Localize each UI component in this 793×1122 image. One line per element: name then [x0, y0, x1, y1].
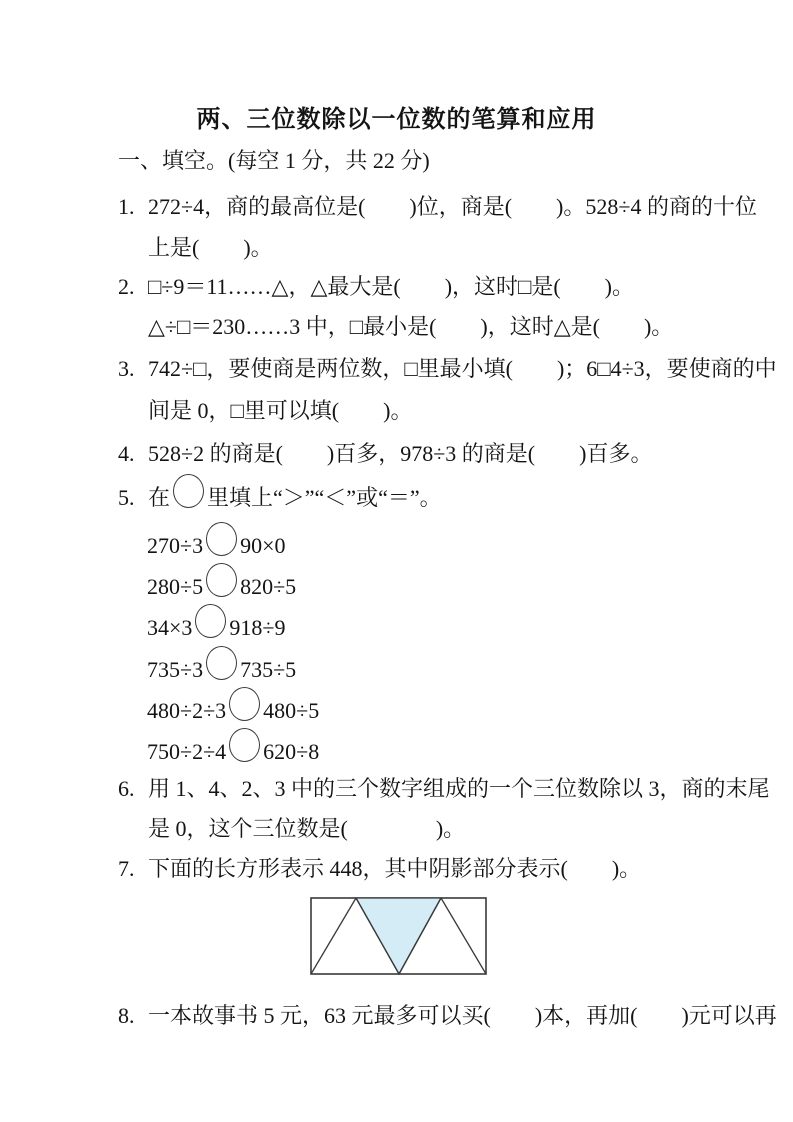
- question-2-line-1: 2.□÷9＝11……△，△最大是( )，这时□是( )。: [118, 274, 634, 300]
- question-6-text: 用 1、4、2、3 中的三个数字组成的一个三位数除以 3，商的末尾: [148, 776, 770, 801]
- comparison-right: 820÷5: [240, 574, 296, 599]
- blank-circle-icon: [229, 687, 260, 721]
- comparison-row: 735÷3735÷5: [147, 655, 296, 689]
- comparison-row: 480÷2÷3480÷5: [147, 696, 319, 730]
- comparison-right: 735÷5: [240, 657, 296, 682]
- question-3-number: 3.: [118, 356, 148, 382]
- question-6-number: 6.: [118, 776, 148, 802]
- question-3-line-1: 3.742÷□，要使商是两位数，□里最小填( )；6□4÷3，要使商的中: [118, 356, 777, 382]
- question-5-suffix: 里填上“＞”“＜”或“＝”。: [207, 485, 442, 510]
- comparison-right: 90×0: [240, 533, 285, 558]
- comparison-left: 735÷3: [147, 657, 203, 682]
- question-2-line-2: △÷□＝230……3 中，□最小是( )，这时△是( )。: [148, 314, 673, 340]
- question-1-number: 1.: [118, 194, 148, 220]
- comparison-row: 270÷390×0: [147, 531, 286, 565]
- worksheet-page: 两、三位数除以一位数的笔算和应用 一、填空。(每空 1 分，共 22 分) 1.…: [0, 0, 793, 1122]
- comparison-right: 480÷5: [263, 698, 319, 723]
- question-2-number: 2.: [118, 274, 148, 300]
- question-2-text: □÷9＝11……△，△最大是( )，这时□是( )。: [148, 274, 634, 299]
- comparison-left: 480÷2÷3: [147, 698, 226, 723]
- question-3-line-2: 间是 0，□里可以填( )。: [148, 398, 412, 424]
- comparison-row: 750÷2÷4620÷8: [147, 737, 319, 771]
- comparison-right: 620÷8: [263, 739, 319, 764]
- blank-circle-icon: [206, 563, 237, 597]
- question-3-text: 742÷□，要使商是两位数，□里最小填( )；6□4÷3，要使商的中: [148, 356, 777, 381]
- question-4-number: 4.: [118, 441, 148, 467]
- question-8-number: 8.: [118, 1003, 148, 1029]
- comparison-right: 918÷9: [229, 615, 285, 640]
- question-8-text: 一本故事书 5 元，63 元最多可以买( )本，再加( )元可以再: [148, 1003, 777, 1028]
- section-heading: 一、填空。(每空 1 分，共 22 分): [118, 148, 430, 174]
- blank-circle-icon: [206, 646, 237, 680]
- question-5-number: 5.: [118, 485, 148, 511]
- question-5-line-1: 5.在里填上“＞”“＜”或“＝”。: [118, 483, 442, 517]
- question-7-line-1: 7.下面的长方形表示 448，其中阴影部分表示( )。: [118, 856, 641, 882]
- comparison-row: 280÷5820÷5: [147, 572, 296, 606]
- question-8-line-1: 8.一本故事书 5 元，63 元最多可以买( )本，再加( )元可以再: [118, 1003, 777, 1029]
- question-7-number: 7.: [118, 856, 148, 882]
- comparison-row: 34×3918÷9: [147, 613, 286, 647]
- question-4-line-1: 4.528÷2 的商是( )百多，978÷3 的商是( )百多。: [118, 441, 652, 467]
- question-1-line-2: 上是( )。: [148, 235, 273, 261]
- comparison-left: 34×3: [147, 615, 192, 640]
- blank-circle-icon: [229, 728, 260, 762]
- comparison-left: 750÷2÷4: [147, 739, 226, 764]
- question-5-prefix: 在: [148, 485, 170, 510]
- comparison-left: 270÷3: [147, 533, 203, 558]
- question-7-text: 下面的长方形表示 448，其中阴影部分表示( )。: [148, 856, 641, 881]
- comparison-left: 280÷5: [147, 574, 203, 599]
- question-1-text: 272÷4，商的最高位是( )位，商是( )。528÷4 的商的十位: [148, 194, 757, 219]
- question-1-line-1: 1.272÷4，商的最高位是( )位，商是( )。528÷4 的商的十位: [118, 194, 757, 220]
- blank-circle-icon: [195, 604, 226, 638]
- rectangle-triangles-figure: [310, 897, 488, 976]
- page-title: 两、三位数除以一位数的笔算和应用: [0, 99, 793, 134]
- question-6-line-2: 是 0，这个三位数是( )。: [148, 816, 465, 842]
- question-4-text: 528÷2 的商是( )百多，978÷3 的商是( )百多。: [148, 441, 652, 466]
- blank-circle-icon: [173, 474, 204, 508]
- blank-circle-icon: [206, 522, 237, 556]
- question-6-line-1: 6.用 1、4、2、3 中的三个数字组成的一个三位数除以 3，商的末尾: [118, 776, 770, 802]
